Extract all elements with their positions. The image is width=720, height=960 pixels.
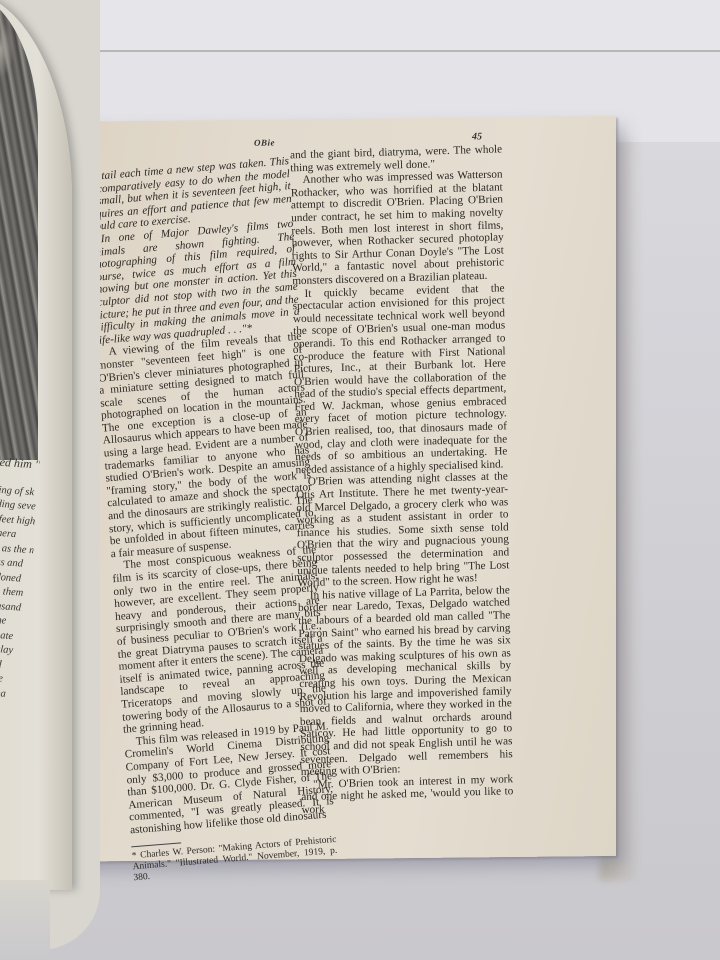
paragraph: Another who was impressed was Watterson … [290,169,504,288]
background-paper-edge [70,0,720,52]
running-head: OBie [254,137,275,147]
facing-page-curl: rien called him "L like covering of sk A… [0,0,72,890]
right-text-column: and the giant bird, diatryma, were. The … [290,143,514,816]
facing-page: rien called him "L like covering of sk A… [0,0,100,950]
paragraph: "Mr. O'Brien took an interest in my work… [301,773,514,817]
book-spine-base [0,880,50,960]
paragraph: In his native village of La Parrita, bel… [298,584,513,779]
paragraph: In one of Major Dawley's films two anima… [88,218,300,347]
paragraph: The most conspicuous weakness of the fil… [111,544,328,736]
paragraph: A viewing of the film reveals that the m… [96,331,315,561]
paragraph: It quickly became evident that the spect… [292,282,507,477]
page-number: 45 [472,131,482,142]
facing-page-text: rien called him "L like covering of sk A… [0,452,40,717]
book-page-45: OBie 45 the tail each time a new step wa… [36,116,616,862]
dinosaur-photo-image [0,0,38,460]
paragraph: O'Brien was attending night classes at t… [296,471,510,590]
